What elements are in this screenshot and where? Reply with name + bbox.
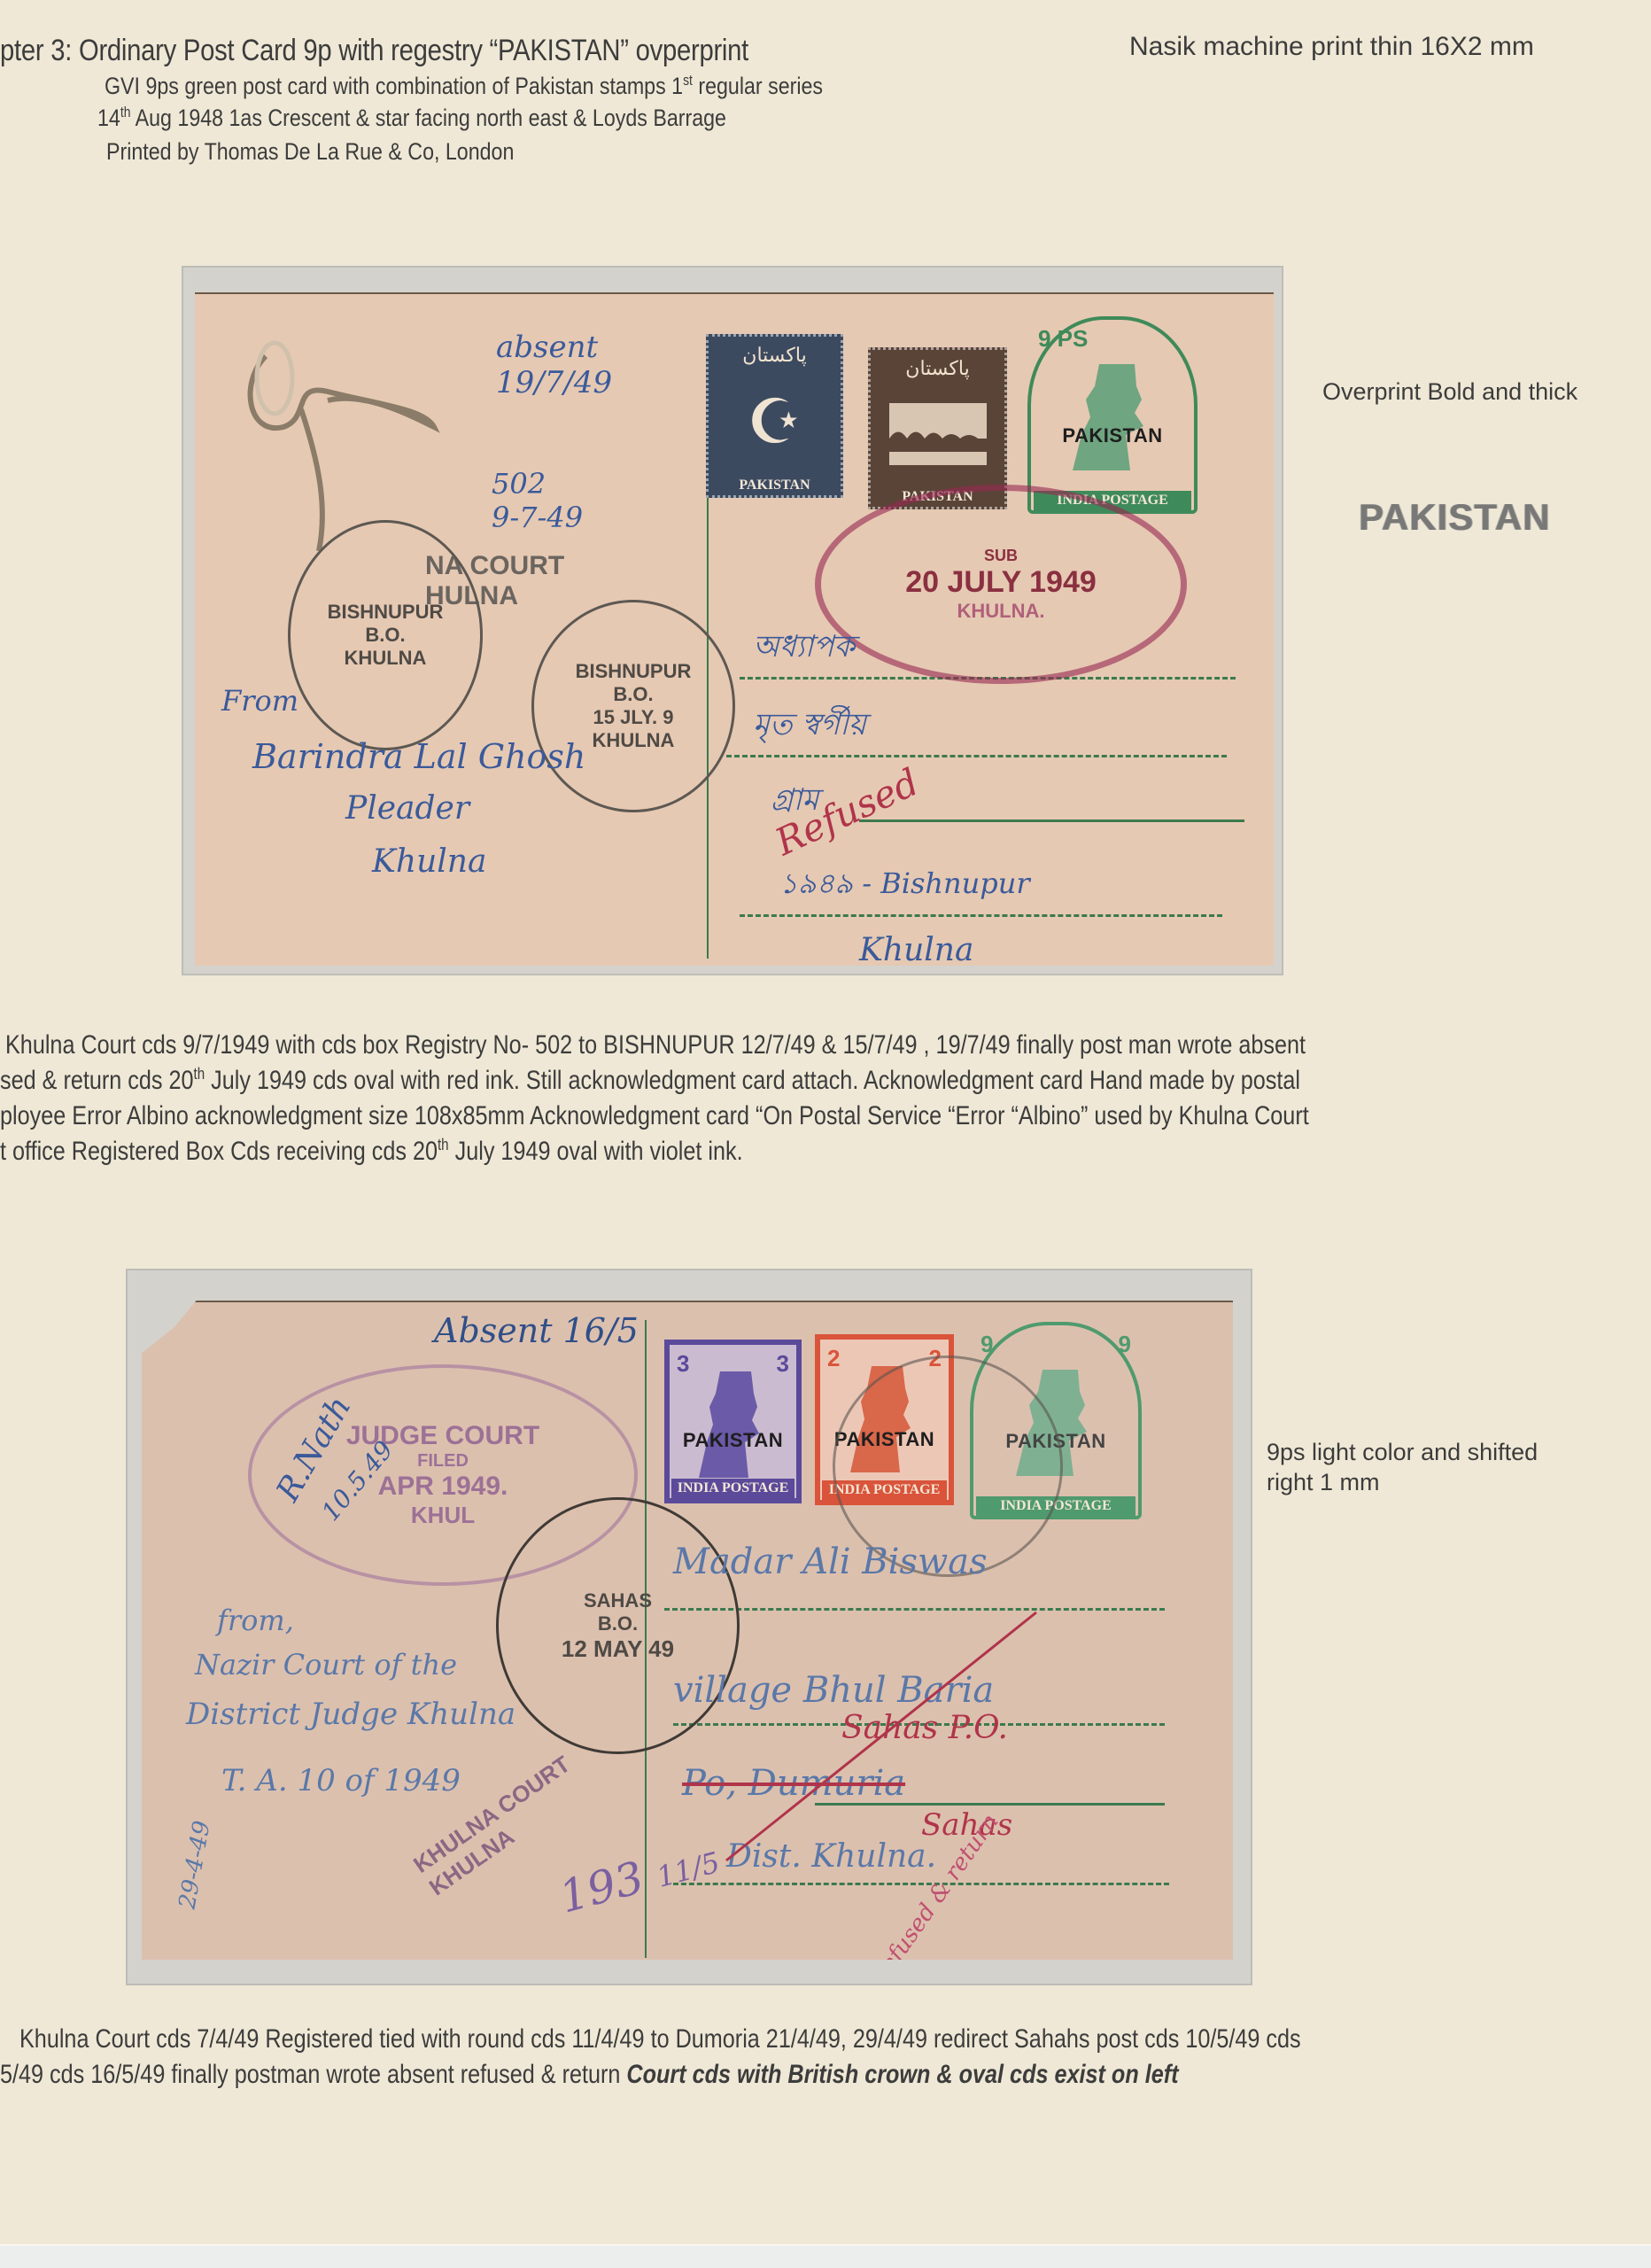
- address-line-3: [859, 819, 1244, 822]
- description-2-line-2: 5/49 cds 16/5/49 finally postman wrote a…: [0, 2057, 1179, 2093]
- sender-name: Barindra Lal Ghosh: [252, 737, 585, 776]
- post-card-2: 33 PAKISTAN INDIA POSTAGE 22 PAKISTAN IN…: [142, 1301, 1233, 1960]
- address-line-1-text: অধ্যাপক: [753, 624, 855, 674]
- description-1-line-2: sed & return cds 20th July 1949 cds oval…: [0, 1063, 1300, 1099]
- barrage-bridge-icon: [889, 403, 987, 465]
- address-line-5-text: Khulna: [859, 932, 973, 966]
- subtitle-line-2: 14th Aug 1948 1as Crescent & star facing…: [97, 105, 726, 132]
- description-2-line-1: Khulna Court cds 7/4/49 Registered tied …: [19, 2022, 1301, 2057]
- red-strike-line: [142, 1302, 1233, 1960]
- stamp-1a-crescent: پاکستان ☪ PAKISTAN: [706, 334, 843, 498]
- bishnupur-postmark-2: BISHNUPURB.O.15 JLY. 9KHULNA: [531, 600, 735, 812]
- overprint-note: Overprint Bold and thick: [1322, 378, 1577, 406]
- address-line-2: [726, 755, 1227, 757]
- page-bottom-edge: [0, 2244, 1651, 2268]
- absent-note: absent19/7/49: [496, 330, 612, 400]
- registry-number: 5029-7-49: [492, 467, 583, 534]
- print-note: Nasik machine print thin 16X2 mm: [1129, 32, 1534, 62]
- description-1-line-4: t office Registered Box Cds receiving cd…: [0, 1134, 743, 1169]
- description-1-line-1: Khulna Court cds 9/7/1949 with cds box R…: [5, 1028, 1306, 1063]
- description-1-line-3: ployee Error Albino acknowledgment size …: [0, 1099, 1309, 1134]
- king-george-portrait-icon: [1064, 346, 1161, 470]
- bishnupur-postmark-1: BISHNUPURB.O.KHULNA: [288, 520, 483, 750]
- address-line-2-text: মৃত স্বর্গীয়: [753, 702, 866, 752]
- post-card-1: پاکستان ☪ PAKISTAN پاکستان PAKISTAN 9 PS…: [195, 292, 1274, 966]
- registered-oval-postmark: SUB 20 JULY 1949 KHULNA.: [815, 485, 1187, 684]
- page-title: pter 3: Ordinary Post Card 9p with reges…: [0, 34, 748, 68]
- subtitle-line-1: GVI 9ps green post card with combination…: [105, 73, 823, 100]
- address-line-4-text: ১৯৪৯ - Bishnupur: [779, 861, 1030, 909]
- crescent-star-icon: ☪: [747, 391, 802, 453]
- card-1-sleeve: پاکستان ☪ PAKISTAN پاکستان PAKISTAN 9 PS…: [182, 266, 1283, 975]
- card-2-sleeve: 33 PAKISTAN INDIA POSTAGE 22 PAKISTAN IN…: [126, 1269, 1252, 1985]
- sender-city: Khulna: [372, 843, 486, 880]
- sender-from: From: [221, 684, 298, 718]
- indicium-9ps: 9 PS PAKISTAN INDIA POSTAGE: [1027, 316, 1198, 514]
- overprint-sample: PAKISTAN: [1359, 496, 1550, 539]
- sender-title: Pleader: [345, 790, 469, 827]
- subtitle-line-3: Printed by Thomas De La Rue & Co, London: [106, 138, 514, 166]
- address-line-4: [740, 914, 1222, 917]
- light-color-note: 9ps light color and shifted right 1 mm: [1267, 1437, 1550, 1497]
